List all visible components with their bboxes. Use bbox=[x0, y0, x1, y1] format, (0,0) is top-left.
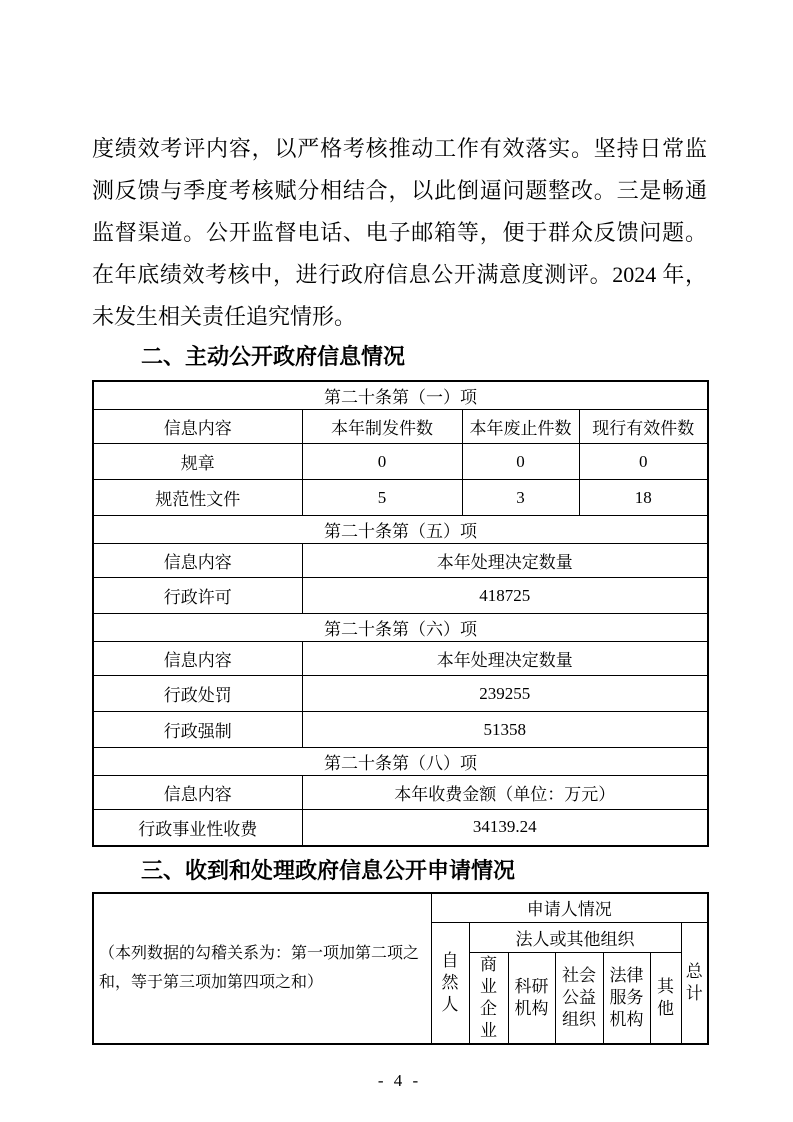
vertical-label: 法律服务机构 bbox=[607, 965, 645, 1031]
note-cell: （本列数据的勾稽关系为：第一项加第二项之和，等于第三项加第四项之和） bbox=[93, 893, 431, 1045]
data-cell: 5 bbox=[302, 480, 462, 516]
column-header-cell: 信息内容 bbox=[93, 642, 302, 676]
page-number: - 4 - bbox=[92, 1071, 707, 1091]
col-header-other: 其他 bbox=[650, 953, 681, 1045]
table-row: 行政处罚 239255 bbox=[93, 676, 708, 712]
data-cell: 行政强制 bbox=[93, 712, 302, 748]
column-header-cell: 本年废止件数 bbox=[462, 410, 579, 444]
data-cell: 行政许可 bbox=[93, 578, 302, 614]
data-cell: 行政处罚 bbox=[93, 676, 302, 712]
table-row: 第二十条第（八）项 bbox=[93, 748, 708, 776]
data-cell: 0 bbox=[579, 444, 708, 480]
data-cell: 239255 bbox=[302, 676, 708, 712]
column-header-cell: 本年处理决定数量 bbox=[302, 544, 708, 578]
table-row: 行政许可 418725 bbox=[93, 578, 708, 614]
data-cell: 3 bbox=[462, 480, 579, 516]
data-cell: 规章 bbox=[93, 444, 302, 480]
table-row: 信息内容 本年处理决定数量 bbox=[93, 642, 708, 676]
column-header-cell: 现行有效件数 bbox=[579, 410, 708, 444]
data-cell: 51358 bbox=[302, 712, 708, 748]
data-cell: 18 bbox=[579, 480, 708, 516]
body-paragraph: 度绩效考评内容，以严格考核推动工作有效落实。坚持日常监测反馈与季度考核赋分相结合… bbox=[92, 128, 707, 338]
table-row: 信息内容 本年收费金额（单位：万元） bbox=[93, 776, 708, 810]
col-header-legal-service: 法律服务机构 bbox=[603, 953, 650, 1045]
column-header-cell: 本年处理决定数量 bbox=[302, 642, 708, 676]
table-row: 规范性文件 5 3 18 bbox=[93, 480, 708, 516]
vertical-label: 科研机构 bbox=[512, 976, 550, 1020]
vertical-label: 总计 bbox=[685, 961, 705, 1005]
table-row: 信息内容 本年制发件数 本年废止件数 现行有效件数 bbox=[93, 410, 708, 444]
column-header-cell: 本年收费金额（单位：万元） bbox=[302, 776, 708, 810]
section-heading-3: 三、收到和处理政府信息公开申请情况 bbox=[92, 856, 707, 886]
data-cell: 行政事业性收费 bbox=[93, 810, 302, 846]
col-header-natural-person: 自然人 bbox=[431, 923, 469, 1045]
data-cell: 418725 bbox=[302, 578, 708, 614]
section-title-cell: 第二十条第（五）项 bbox=[93, 516, 708, 544]
col-header-public-welfare: 社会公益组织 bbox=[555, 953, 603, 1045]
legal-org-header: 法人或其他组织 bbox=[469, 923, 681, 953]
col-header-business: 商业企业 bbox=[469, 953, 508, 1045]
table-row: 规章 0 0 0 bbox=[93, 444, 708, 480]
table-row: 第二十条第（六）项 bbox=[93, 614, 708, 642]
data-cell: 0 bbox=[462, 444, 579, 480]
section-title-cell: 第二十条第（一）项 bbox=[93, 381, 708, 410]
table-active-disclosure: 第二十条第（一）项 信息内容 本年制发件数 本年废止件数 现行有效件数 规章 0… bbox=[92, 380, 709, 847]
table-row: 信息内容 本年处理决定数量 bbox=[93, 544, 708, 578]
data-cell: 0 bbox=[302, 444, 462, 480]
col-header-research: 科研机构 bbox=[508, 953, 555, 1045]
vertical-label: 其他 bbox=[656, 976, 676, 1020]
applicant-situation-header: 申请人情况 bbox=[431, 893, 708, 923]
table-row: （本列数据的勾稽关系为：第一项加第二项之和，等于第三项加第四项之和） 申请人情况 bbox=[93, 893, 708, 923]
section-title-cell: 第二十条第（八）项 bbox=[93, 748, 708, 776]
vertical-label: 自然人 bbox=[440, 950, 460, 1016]
section-title-cell: 第二十条第（六）项 bbox=[93, 614, 708, 642]
table-applications: （本列数据的勾稽关系为：第一项加第二项之和，等于第三项加第四项之和） 申请人情况… bbox=[92, 892, 709, 1046]
vertical-label: 社会公益组织 bbox=[560, 965, 598, 1031]
table-row: 行政事业性收费 34139.24 bbox=[93, 810, 708, 846]
column-header-cell: 信息内容 bbox=[93, 776, 302, 810]
document-page: 度绩效考评内容，以严格考核推动工作有效落实。坚持日常监测反馈与季度考核赋分相结合… bbox=[0, 128, 793, 1091]
col-header-total: 总计 bbox=[681, 923, 708, 1045]
column-header-cell: 信息内容 bbox=[93, 410, 302, 444]
data-cell: 34139.24 bbox=[302, 810, 708, 846]
table-row: 行政强制 51358 bbox=[93, 712, 708, 748]
column-header-cell: 本年制发件数 bbox=[302, 410, 462, 444]
data-cell: 规范性文件 bbox=[93, 480, 302, 516]
table-row: 第二十条第（一）项 bbox=[93, 381, 708, 410]
column-header-cell: 信息内容 bbox=[93, 544, 302, 578]
section-heading-2: 二、主动公开政府信息情况 bbox=[92, 342, 707, 372]
vertical-label: 商业企业 bbox=[479, 954, 499, 1042]
table-row: 第二十条第（五）项 bbox=[93, 516, 708, 544]
